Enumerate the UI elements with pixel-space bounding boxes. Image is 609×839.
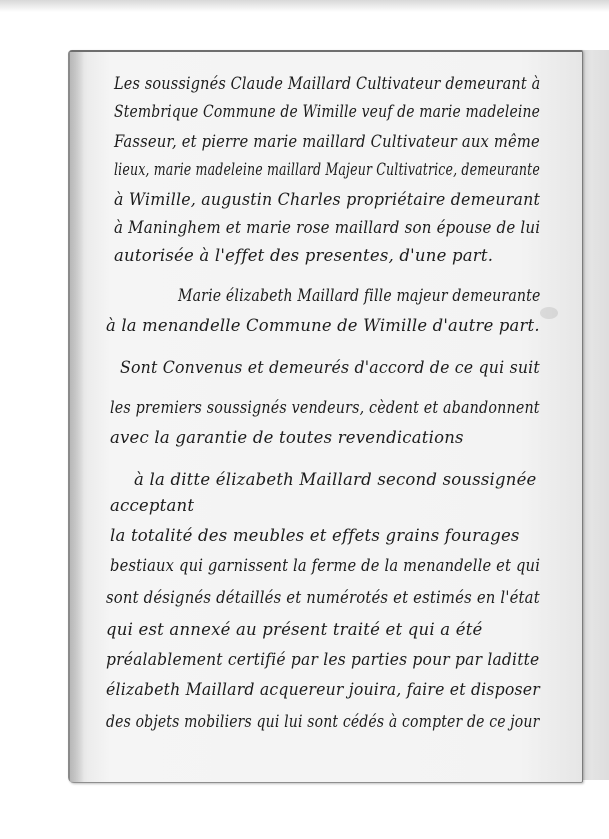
text-line: préalablement certifié par les parties p… — [106, 650, 539, 669]
text-line: lieux, marie madeleine maillard Majeur C… — [114, 160, 540, 179]
handwritten-text-body: Les soussignés Claude Maillard Cultivate… — [70, 52, 582, 782]
text-line: la totalité des meubles et effets grains… — [110, 526, 520, 545]
scan-background-top — [0, 0, 609, 12]
text-line: bestiaux qui garnissent la ferme de la m… — [110, 556, 540, 575]
text-line: Sont Convenus et demeurés d'accord de ce… — [120, 358, 540, 377]
text-line: avec la garantie de toutes revendication… — [110, 428, 464, 447]
text-line: à Maninghem et marie rose maillard son é… — [114, 218, 540, 237]
text-line: à la ditte élizabeth Maillard second sou… — [134, 470, 537, 489]
text-line: Fasseur, et pierre marie maillard Cultiv… — [114, 132, 540, 151]
text-line: les premiers soussignés vendeurs, cèdent… — [110, 398, 540, 417]
manuscript-page: Les soussignés Claude Maillard Cultivate… — [68, 50, 583, 783]
text-line: acceptant — [110, 496, 194, 515]
text-line: sont désignés détaillés et numérotés et … — [106, 588, 540, 607]
text-line: à Wimille, augustin Charles propriétaire… — [114, 190, 540, 209]
text-line: Les soussignés Claude Maillard Cultivate… — [114, 74, 540, 93]
text-line: Marie élizabeth Maillard fille majeur de… — [178, 286, 540, 305]
text-line: des objets mobiliers qui lui sont cédés … — [106, 712, 539, 731]
text-line: Stembrique Commune de Wimille veuf de ma… — [114, 102, 540, 121]
text-line: à la menandelle Commune de Wimille d'aut… — [106, 316, 540, 335]
text-line: autorisée à l'effet des presentes, d'une… — [114, 246, 493, 265]
text-line: qui est annexé au présent traité et qui … — [106, 620, 483, 639]
text-line: élizabeth Maillard acquereur jouira, fai… — [106, 680, 540, 699]
